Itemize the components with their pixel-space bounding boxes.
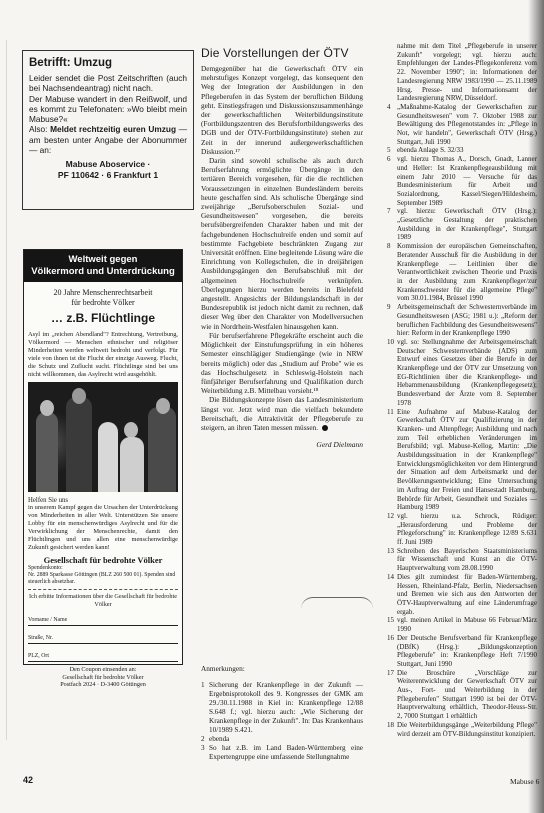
footnote-number: 1 xyxy=(201,681,209,735)
city-field[interactable]: PLZ, Ort xyxy=(28,650,178,662)
umzug-prefix: Also: xyxy=(29,124,50,134)
photo-head xyxy=(72,388,86,404)
ad-organization-name: Gesellschaft für bedrohte Völker xyxy=(24,555,182,565)
footnote-text: So hat z.B. im Land Baden-Württemberg ei… xyxy=(209,744,363,762)
ad-headline: … z.B. Flüchtlinge xyxy=(24,311,182,325)
footnote-item: 4„Maßnahme-Katalog der Gewerkschaften zu… xyxy=(387,103,537,147)
footnote-item: 1Sicherung der Krankenpflege in der Zuku… xyxy=(201,681,363,735)
photo-head xyxy=(156,398,170,414)
footnote-item: 13Schreiben des Bayerischen Staatsminist… xyxy=(387,547,537,573)
footnote-item: 8Kommission der europäischen Gemeinschaf… xyxy=(387,242,537,303)
footnote-item: 2ebenda xyxy=(201,735,363,744)
article-paragraph: Demgegenüber hat die Gewerkschaft ÖTV ei… xyxy=(201,64,363,156)
footnote-item: 15vgl. meinen Artikel in Mabuse 66 Febru… xyxy=(387,616,537,633)
info-request-checkbox-label[interactable]: Ich erbitte Informationen über die Gesel… xyxy=(28,589,178,608)
photo-figure xyxy=(148,407,176,492)
footnote-item: 17Die Broschüre „Vorschläge zur Weiteren… xyxy=(387,669,537,721)
footnote-number: 14 xyxy=(387,573,397,617)
footnote-item: 12vgl. hierzu u.a. Schrock, Rüdiger: „He… xyxy=(387,512,537,547)
umzug-text-2: Der Mabuse wandert in den Reißwolf, und … xyxy=(29,94,187,125)
ad-intro-text: Asyl im „reichen Abendland"? Entrechtung… xyxy=(24,331,182,379)
footnote-number: 5 xyxy=(387,146,397,155)
footnote-text: ebenda xyxy=(209,735,229,744)
ad-footer: Den Coupon einsenden an: Gesellschaft fü… xyxy=(24,666,182,689)
binding-shadow xyxy=(528,0,544,813)
decorative-line xyxy=(301,597,373,609)
ad-footer-1: Den Coupon einsenden an: xyxy=(24,666,182,674)
footnote-number: 6 xyxy=(387,155,397,207)
name-field[interactable]: Vorname / Name xyxy=(28,614,178,626)
ad-subtitle: 20 Jahre Menschenrechtsarbeit für bedroh… xyxy=(24,288,182,307)
footnotes-continued-column: nahme mit dem Titel „Pflegeberufe in uns… xyxy=(387,42,537,738)
footnote-number: 4 xyxy=(387,103,397,147)
footnote-number: 9 xyxy=(387,303,397,338)
footnote-item: 18Die Weiterbildungsgänge „Weiterbildung… xyxy=(387,721,537,738)
footnote-text: vgl. hierzu u.a. Schrock, Rüdiger: „Hera… xyxy=(397,512,537,547)
footnotes-title: Anmerkungen: xyxy=(201,664,363,673)
footnote-item: 6vgl. hierzu Thomas A., Dorsch, Gnadt, L… xyxy=(387,155,537,207)
footnote-number: 11 xyxy=(387,408,397,512)
footnote-item: 9Arbeitsgemeinschaft der Schwesternverbä… xyxy=(387,303,537,338)
article-author: Gerd Dielmann xyxy=(201,440,363,449)
footnote-text: Arbeitsgemeinschaft der Schwesternverbän… xyxy=(397,303,537,338)
footnote-number: 16 xyxy=(387,634,397,669)
footnote-number: 18 xyxy=(387,721,397,738)
street-field[interactable]: Straße, Nr. xyxy=(28,632,178,644)
footnote-text: Schreiben des Bayerischen Staatsminister… xyxy=(397,547,537,573)
footnote-text: vgl. meinen Artikel in Mabuse 66 Februar… xyxy=(397,616,537,633)
footnote-continuation: nahme mit dem Titel „Pflegeberufe in uns… xyxy=(387,42,537,103)
ad-account-text: Nr. 2889 Sparkasse Göttingen (BLZ 260 50… xyxy=(24,572,182,586)
footnote-text: vgl. so: Stellungnahme der Arbeitsgemein… xyxy=(397,338,537,408)
footnote-item: 14Dies gilt zumindest für Baden-Württemb… xyxy=(387,573,537,617)
footnote-text: Sicherung der Krankenpflege in der Zukun… xyxy=(209,681,363,735)
refugees-photo xyxy=(28,382,178,492)
photo-figure xyxy=(66,397,92,492)
footnote-text: Dies gilt zumindest für Baden-Württember… xyxy=(397,573,537,617)
umzug-notice-box: Betrifft: Umzug Leider sendet die Post Z… xyxy=(22,50,194,210)
article-last-text: Die Bildungskonzepte lösen das Landesmin… xyxy=(201,395,363,432)
umzug-title: Betrifft: Umzug xyxy=(29,57,187,69)
footnote-number: 17 xyxy=(387,669,397,721)
magazine-page: Betrifft: Umzug Leider sendet die Post Z… xyxy=(0,0,544,813)
ad-sub-line-2: für bedrohte Völker xyxy=(24,298,182,308)
footnote-number: 15 xyxy=(387,616,397,633)
footnote-text: Die Broschüre „Vorschläge zur Weiterentw… xyxy=(397,669,537,721)
footnote-item: 3So hat z.B. im Land Baden-Württemberg e… xyxy=(201,744,363,762)
ad-header-line-1: Weltweit gegen xyxy=(26,254,180,266)
footnote-text: Die Weiterbildungsgänge „Weiterbildung P… xyxy=(397,721,537,738)
footnotes-list-continued: 4„Maßnahme-Katalog der Gewerkschaften zu… xyxy=(387,103,537,738)
ad-footer-3: Postfach 2024 · D-3400 Göttingen xyxy=(24,681,182,689)
footnote-item: 7vgl. hierzu: Gewerkschaft ÖTV (Hrsg.): … xyxy=(387,207,537,242)
page-edge-line xyxy=(6,40,7,740)
page-number: 42 xyxy=(23,775,33,785)
article-paragraph: Für berufserfahrene Pflegekräfte erschei… xyxy=(201,331,363,395)
footnote-text: ebenda Anlage S. 32/33 xyxy=(397,146,464,155)
ad-header-line-2: Völkermord und Unterdrückung xyxy=(26,266,180,278)
footnote-item: 10vgl. so: Stellungnahme der Arbeitsgeme… xyxy=(387,338,537,408)
footnotes-list: 1Sicherung der Krankenpflege in der Zuku… xyxy=(201,681,363,762)
article-title: Die Vorstellungen der ÖTV xyxy=(201,46,363,60)
umzug-text-3: Also: Meldet rechtzeitig euren Umzug — a… xyxy=(29,124,187,155)
ad-account-label: Spendenkonto: xyxy=(24,565,182,572)
footnote-number: 13 xyxy=(387,547,397,573)
ad-header: Weltweit gegen Völkermord und Unterdrück… xyxy=(24,250,182,282)
footnote-number: 8 xyxy=(387,242,397,303)
umzug-text-1: Leider sendet die Post Zeitschriften (au… xyxy=(29,73,187,94)
photo-figure xyxy=(36,412,58,492)
photo-head xyxy=(124,422,138,438)
address-line-2: PF 110642 · 6 Frankfurt 1 xyxy=(29,170,187,181)
ad-footer-2: Gesellschaft für bedrohte Völker xyxy=(24,674,182,682)
footnote-item: 16Der Deutsche Berufsverband für Kranken… xyxy=(387,634,537,669)
photo-figure xyxy=(98,422,118,492)
footnote-number: 7 xyxy=(387,207,397,242)
umzug-address: Mabuse Aboservice · PF 110642 · 6 Frankf… xyxy=(29,159,187,181)
footnotes-section: Anmerkungen: 1Sicherung der Krankenpfleg… xyxy=(201,664,363,762)
article-paragraph: Die Bildungskonzepte lösen das Landesmin… xyxy=(201,395,363,432)
end-mark-icon xyxy=(322,425,328,431)
photo-figure xyxy=(120,437,144,492)
umzug-bold: Meldet rechtzeitig euren Umzug xyxy=(50,124,176,134)
footnote-number: 2 xyxy=(201,735,209,744)
ad-sub-line-1: 20 Jahre Menschenrechtsarbeit xyxy=(24,288,182,298)
footnote-text: vgl. hierzu Thomas A., Dorsch, Gnadt, La… xyxy=(397,155,537,207)
photo-head xyxy=(40,400,54,416)
footnote-text: „Maßnahme-Katalog der Gewerkschaften zur… xyxy=(397,103,537,147)
footnote-number: 3 xyxy=(201,744,209,762)
footnote-text: Kommission der europäischen Gemeinschaft… xyxy=(397,242,537,303)
ad-caption-text: in unserem Kampf gegen die Ursachen der … xyxy=(24,504,182,552)
address-line-1: Mabuse Aboservice · xyxy=(29,159,187,170)
footnote-number: 12 xyxy=(387,512,397,547)
footnote-text: vgl. hierzu: Gewerkschaft ÖTV (Hrsg.): „… xyxy=(397,207,537,242)
footnote-item: 5ebenda Anlage S. 32/33 xyxy=(387,146,537,155)
footnote-text: Der Deutsche Berufsverband für Krankenpf… xyxy=(397,634,537,669)
gfbv-advertisement: Weltweit gegen Völkermord und Unterdrück… xyxy=(23,249,183,665)
ad-caption-title: Helfen Sie uns xyxy=(24,495,182,504)
article-paragraph: Darin sind sowohl schulische als auch du… xyxy=(201,156,363,331)
article-column: Die Vorstellungen der ÖTV Demgegenüber h… xyxy=(201,46,363,449)
footnote-text: Eine Aufnahme auf Mabuse-Katalog der Gew… xyxy=(397,408,537,512)
footnote-number: 10 xyxy=(387,338,397,408)
footnote-item: 11Eine Aufnahme auf Mabuse-Katalog der G… xyxy=(387,408,537,512)
